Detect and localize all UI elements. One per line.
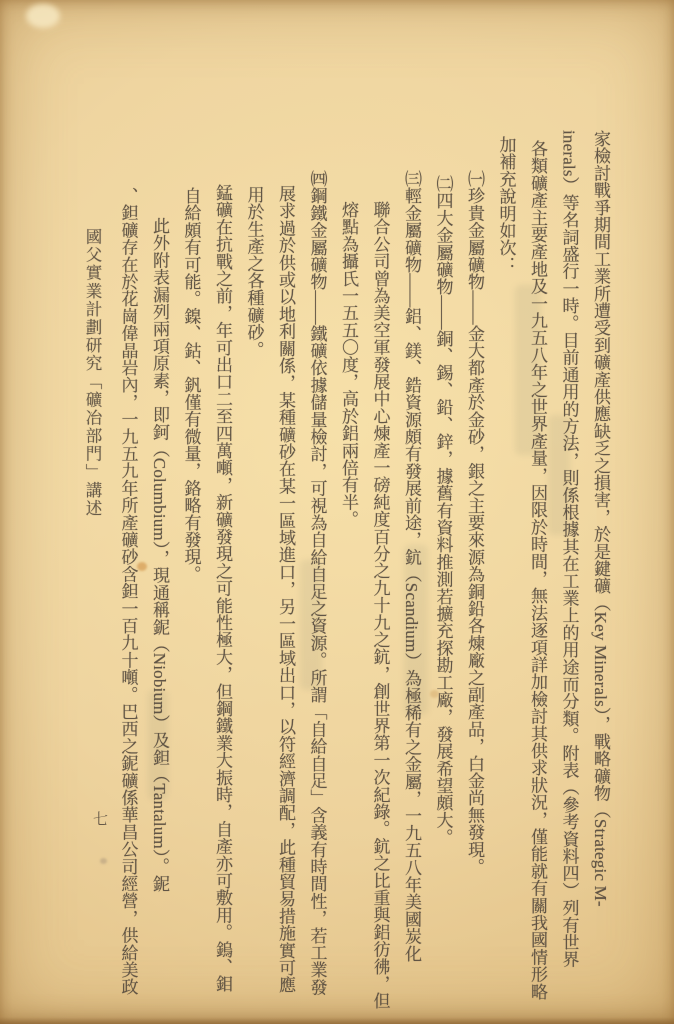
- text-column-7: ㈢輕金屬礦物——鋁、鎂、鋯資源頗有發展前途，鈧（Scandium）為極稀有之金屬…: [396, 130, 428, 1014]
- text-column-8: 聯合公司曾為美空軍發展中心煉產一磅純度百分之九十九之鈧，創世界第一次紀錄。鈧之比…: [364, 130, 396, 1014]
- text-column-3: 各類礦產主要產地及一九五八年之世界產量，因限於時間，無法逐項詳加檢討其供求狀況，…: [522, 130, 554, 1014]
- text-column-2: inerals）等名詞盛行一時。目前通用的方法，則係根據其在工業上的用途而分類。…: [553, 130, 585, 1014]
- running-title: 國父實業計劃研究「礦冶部門」講述: [80, 228, 104, 518]
- text-column-6: ㈡四大金屬礦物——銅、錫、鉛、鋅，據舊有資料推測若擴充探勘工廠，發展希望頗大。: [427, 130, 459, 1014]
- text-column-10: ㈣鋼鐵金屬礦物——鐵礦依據儲量檢討，可視為自給自足之資源。所謂「自給自足」含義有…: [301, 130, 333, 1014]
- text-column-1: 家檢討戰爭期間工業所遭受到礦產供應缺乏之損害，於是鍵礦（Key Minerals…: [585, 130, 617, 1014]
- text-block: 家檢討戰爭期間工業所遭受到礦產供應缺乏之損害，於是鍵礦（Key Minerals…: [112, 130, 616, 1014]
- text-column-11: 展求過於供或以地利關係，某種礦砂在某一區域進口，另一區域出口，以符經濟調配，此種…: [270, 130, 302, 1014]
- text-column-5: ㈠珍貴金屬礦物——金大都產於金砂，銀之主要來源為銅鉛各煉廠之副產品，白金尚無發現…: [459, 130, 491, 1014]
- paper-blemish: [26, 4, 60, 28]
- text-column-12: 用於生產之各種礦砂。: [238, 130, 270, 1014]
- text-column-16: 、鉭礦存在於花崗偉晶岩內，一九五九年所產礦砂含鉭一百九十噸。巴西之鈮礦係華昌公司…: [112, 130, 144, 1014]
- text-column-4: 加補充說明如次：: [490, 130, 522, 1014]
- text-column-15: 此外附表漏列兩項原素，即鈳（Columbium），現通稱鈮（Niobium）及鉭…: [144, 130, 176, 1014]
- page-edge-shadow: [0, 1017, 674, 1024]
- text-column-13: 錳礦在抗戰之前，年可出口二至四萬噸，新礦發現之可能性極大，但鋼鐵業大振時，自產亦…: [207, 130, 239, 1014]
- text-column-9: 熔點為攝氏一五五〇度，高於鋁兩倍有半。: [333, 130, 365, 1014]
- scanned-book-page: 家檢討戰爭期間工業所遭受到礦產供應缺乏之損害，於是鍵礦（Key Minerals…: [0, 0, 674, 1024]
- text-column-14: 自給頗有可能。鎳、鈷、釩僅有微量，鉻略有發現。: [175, 130, 207, 1014]
- page-number: 七: [93, 808, 108, 829]
- foxing-spot: [100, 858, 107, 864]
